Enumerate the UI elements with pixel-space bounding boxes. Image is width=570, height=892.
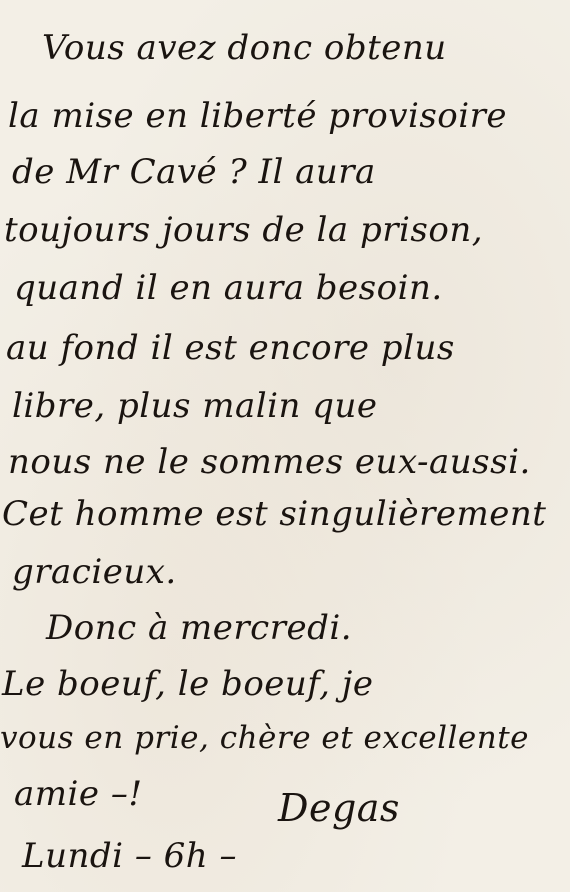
letter-line-11: Donc à mercredi. <box>46 608 352 648</box>
letter-line-8: nous ne le sommes eux-aussi. <box>8 442 531 482</box>
letter-line-9: Cet homme est singulièrement <box>2 494 546 534</box>
letter-line-6: au fond il est encore plus <box>6 328 455 368</box>
letter-line-13: vous en prie, chère et excellente <box>0 720 529 756</box>
letter-line-12: Le boeuf, le boeuf, je <box>2 664 373 704</box>
signature: Degas <box>278 786 400 830</box>
letter-line-10: gracieux. <box>12 552 177 592</box>
handwritten-letter-page: Vous avez donc obtenu la mise en liberté… <box>0 0 570 892</box>
letter-line-5: quand il en aura besoin. <box>14 268 443 308</box>
letter-line-1: Vous avez donc obtenu <box>42 28 447 68</box>
letter-line-2: la mise en liberté provisoire <box>8 96 507 136</box>
letter-line-14: amie –! <box>14 774 142 814</box>
letter-line-7: libre, plus malin que <box>12 386 378 426</box>
dateline: Lundi – 6h – <box>22 836 237 876</box>
letter-line-4: toujours jours de la prison, <box>4 210 483 250</box>
letter-line-3: de Mr Cavé ? Il aura <box>12 152 376 192</box>
